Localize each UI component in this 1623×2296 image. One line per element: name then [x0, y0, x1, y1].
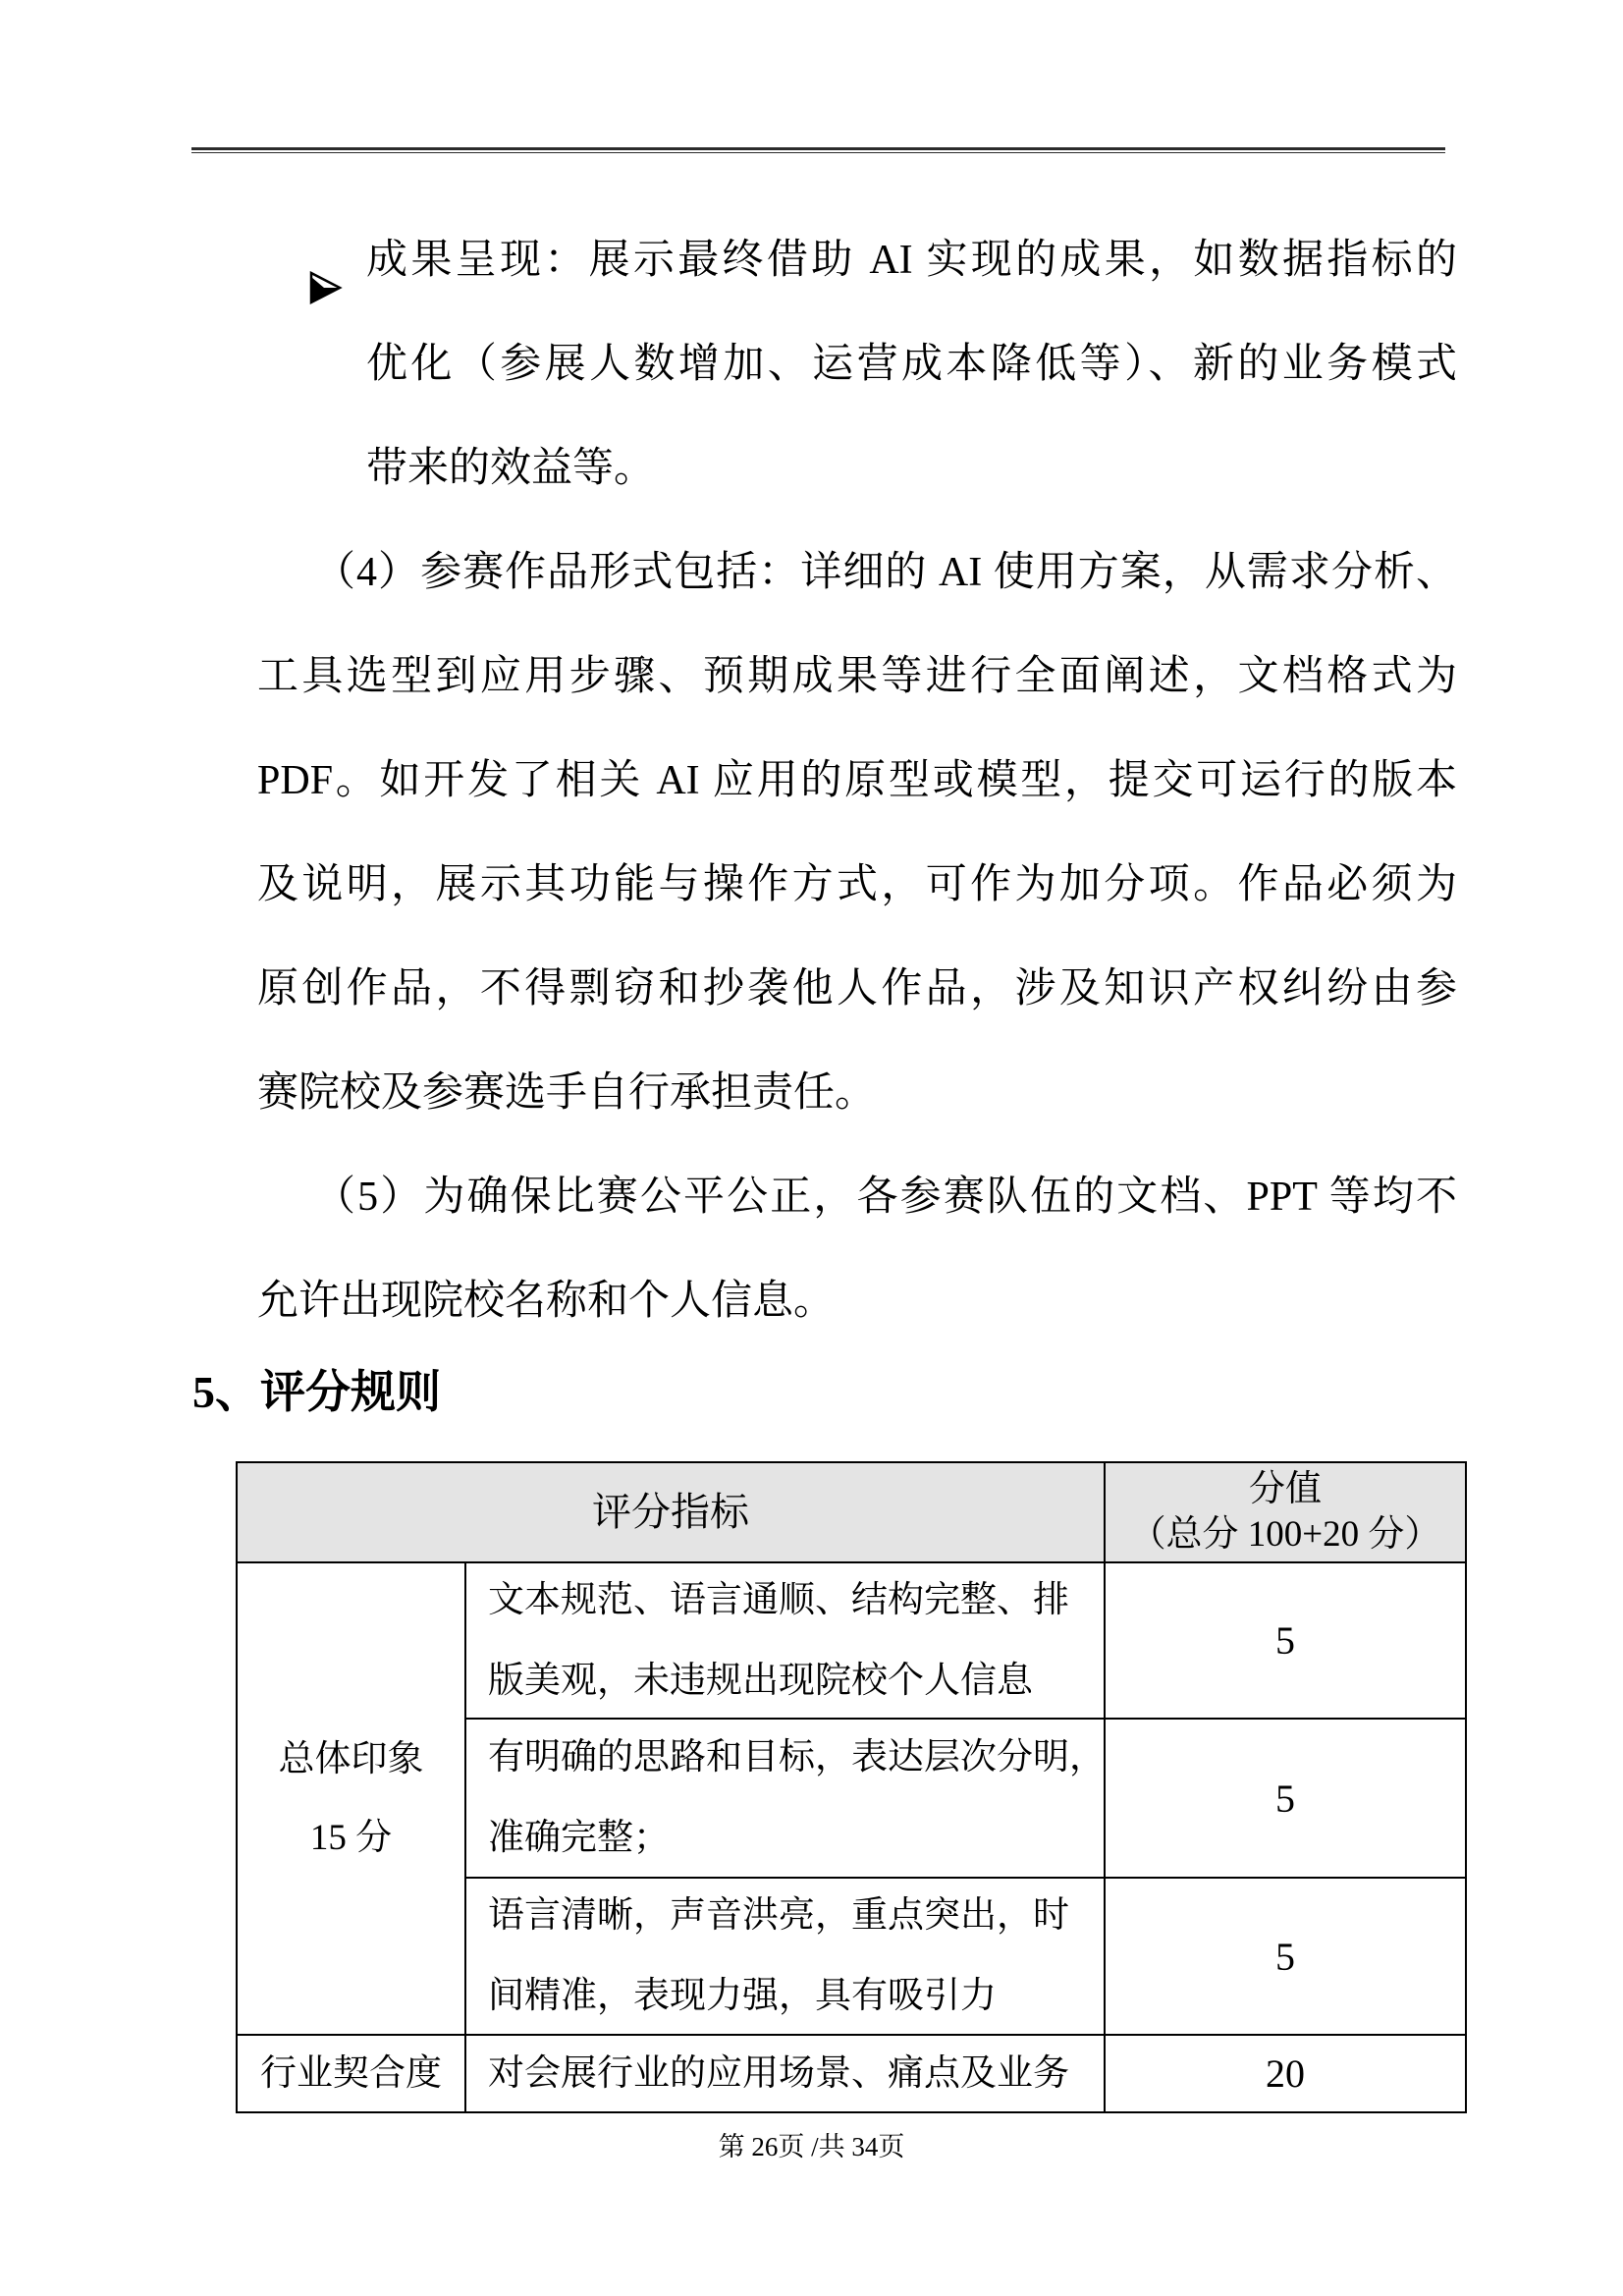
bullet-item-line-2: 优化（参展人数增加、运营成本降低等）、新的业务模式	[257, 312, 1457, 416]
body-text: 成果呈现：展示最终借助 AI 实现的成果，如数据指标的 优化（参展人数增加、运营…	[257, 208, 1457, 1353]
criteria-row2-line2: 准确完整；	[488, 1798, 1104, 1877]
table-header-criteria: 评分指标	[238, 1463, 1104, 1561]
row4-label-text: 行业契合度	[260, 2035, 442, 2112]
table-header-score: 分值 （总分 100+20 分）	[1104, 1463, 1465, 1561]
group-label-line1: 总体印象	[279, 1721, 424, 1799]
para5-line-2: 允许出现院校名称和个人信息。	[257, 1249, 1457, 1353]
bullet-text: 成果呈现：展示最终借助 AI 实现的成果，如数据指标的	[366, 238, 1457, 283]
score-cell-row4: 20	[1104, 2034, 1465, 2111]
criteria-row4-line1: 对会展行业的应用场景、痛点及业务	[488, 2034, 1104, 2111]
bullet-item-line-3: 带来的效益等。	[257, 416, 1457, 520]
group-label-cell: 总体印象 15 分	[238, 1561, 464, 2034]
row4-label-cell: 行业契合度	[238, 2034, 464, 2111]
score-cell-row3: 5	[1104, 1877, 1465, 2034]
scoring-table: 评分指标 分值 （总分 100+20 分） 总体印象 15 分 文本规范、语言通…	[236, 1461, 1467, 2113]
para4-line-4: 及说明，展示其功能与操作方式，可作为加分项。作品必须为	[257, 833, 1457, 937]
score-cell-row1: 5	[1104, 1561, 1465, 1718]
criteria-cell-row2: 有明确的思路和目标，表达层次分明， 准确完整；	[464, 1718, 1104, 1877]
criteria-row2-line1: 有明确的思路和目标，表达层次分明，	[488, 1718, 1104, 1798]
criteria-cell-row3: 语言清晰，声音洪亮，重点突出，时 间精准，表现力强，具有吸引力	[464, 1877, 1104, 2034]
header-criteria-text: 评分指标	[592, 1490, 749, 1535]
section-heading: 5、评分规则	[192, 1361, 441, 1424]
criteria-cell-row4: 对会展行业的应用场景、痛点及业务	[464, 2034, 1104, 2111]
document-page: 成果呈现：展示最终借助 AI 实现的成果，如数据指标的 优化（参展人数增加、运营…	[0, 0, 1623, 2296]
para4-line-2: 工具选型到应用步骤、预期成果等进行全面阐述，文档格式为	[257, 625, 1457, 729]
criteria-row1-line2: 版美观，未违规出现院校个人信息	[488, 1641, 1104, 1719]
para4-line-6: 赛院校及参赛选手自行承担责任。	[257, 1041, 1457, 1145]
header-score-line2: （总分 100+20 分）	[1130, 1512, 1441, 1558]
group-label-line2: 15 分	[310, 1799, 392, 1878]
criteria-cell-row1: 文本规范、语言通顺、结构完整、排 版美观，未违规出现院校个人信息	[464, 1561, 1104, 1718]
arrowhead-bullet-icon	[308, 242, 344, 279]
score-cell-row2: 5	[1104, 1718, 1465, 1877]
header-divider	[191, 147, 1445, 153]
criteria-row3-line1: 语言清晰，声音洪亮，重点突出，时	[488, 1877, 1104, 1956]
para5-line-1: （5）为确保比赛公平公正，各参赛队伍的文档、PPT 等均不	[257, 1145, 1457, 1249]
page-number: 第 26页 /共 34页	[0, 2127, 1623, 2166]
criteria-row3-line2: 间精准，表现力强，具有吸引力	[488, 1956, 1104, 2034]
header-score-line1: 分值	[1249, 1467, 1322, 1512]
para4-line-5: 原创作品，不得剽窃和抄袭他人作品，涉及知识产权纠纷由参	[257, 937, 1457, 1041]
para4-line-3: PDF。如开发了相关 AI 应用的原型或模型，提交可运行的版本	[257, 729, 1457, 833]
para4-line-1: （4）参赛作品形式包括：详细的 AI 使用方案，从需求分析、	[257, 520, 1457, 625]
bullet-item-line-1: 成果呈现：展示最终借助 AI 实现的成果，如数据指标的	[257, 208, 1457, 312]
criteria-row1-line1: 文本规范、语言通顺、结构完整、排	[488, 1561, 1104, 1641]
